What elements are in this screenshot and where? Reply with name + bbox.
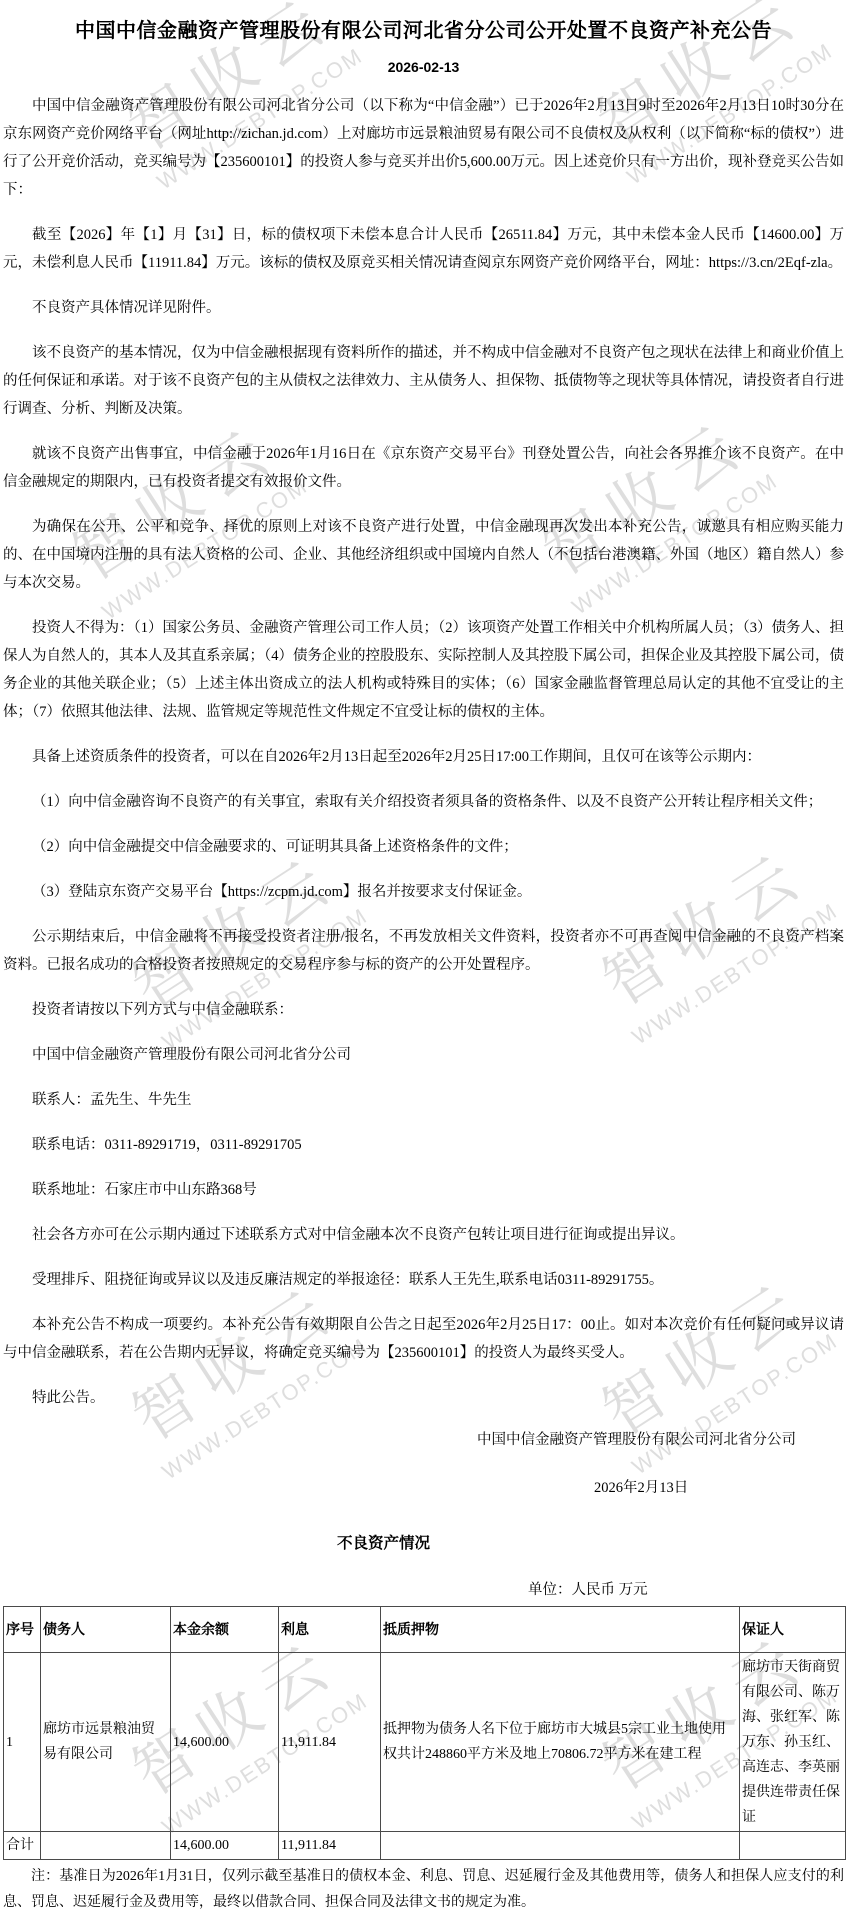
paragraph-step-2: （2）向中信金融提交中信金融要求的、可证明其具备上述资格条件的文件；	[3, 833, 844, 861]
cell-debtor: 廊坊市远景粮油贸易有限公司	[41, 1653, 171, 1832]
contact-address: 联系地址：石家庄市中山东路368号	[3, 1176, 844, 1204]
header-debtor: 债务人	[41, 1607, 171, 1653]
paragraph-auction-result: 中国中信金融资产管理股份有限公司河北省分公司（以下称为“中信金融”）已于2026…	[3, 92, 844, 204]
paragraph-step-3: （3）登陆京东资产交易平台【https://zcpm.jd.com】报名并按要求…	[3, 878, 844, 906]
cell-guarantor: 廊坊市天街商贸有限公司、陈万海、张红军、陈万东、孙玉红、高连志、李英丽提供连带责…	[740, 1653, 846, 1832]
document-body: 中国中信金融资产管理股份有限公司河北省分公司公开处置不良资产补充公告 2026-…	[0, 14, 847, 1914]
paragraph-step-1: （1）向中信金融咨询不良资产的有关事宜，索取有关介绍投资者须具备的资格条件、以及…	[3, 788, 844, 816]
cell-serial-no: 1	[4, 1653, 41, 1832]
header-interest: 利息	[279, 1607, 381, 1653]
header-collateral: 抵质押物	[381, 1607, 740, 1653]
signature-company: 中国中信金融资产管理股份有限公司河北省分公司	[3, 1426, 844, 1454]
paragraph-disclaimer: 该不良资产的基本情况，仅为中信金融根据现有资料所作的描述，并不构成中信金融对不良…	[3, 339, 844, 423]
paragraph-objection: 社会各方亦可在公示期内通过下述联系方式对中信金融本次不良资产包转让项目进行征询或…	[3, 1221, 844, 1249]
publish-date: 2026-02-13	[3, 59, 844, 75]
table-header-row: 序号 债务人 本金余额 利息 抵质押物 保证人	[4, 1607, 846, 1653]
paragraph-qualification-period: 具备上述资质条件的投资者，可以在自2026年2月13日起至2026年2月25日1…	[3, 743, 844, 771]
signature-date: 2026年2月13日	[3, 1474, 844, 1502]
paragraph-invitation: 为确保在公开、公平和竞争、择优的原则上对该不良资产进行处置，中信金融现再次发出本…	[3, 513, 844, 597]
page-title: 中国中信金融资产管理股份有限公司河北省分公司公开处置不良资产补充公告	[3, 14, 844, 43]
cell-total-interest: 11,911.84	[279, 1832, 381, 1860]
cell-total-debtor	[41, 1832, 171, 1860]
cell-total-principal: 14,600.00	[171, 1832, 279, 1860]
paragraph-report-channel: 受理排斥、阻挠征询或异议以及违反廉洁规定的举报途径：联系人王先生,联系电话031…	[3, 1266, 844, 1294]
paragraph-period-end: 公示期结束后，中信金融将不再接受投资者注册/报名，不再发放相关文件资料，投资者亦…	[3, 923, 844, 979]
contact-phone: 联系电话：0311-89291719，0311-89291705	[3, 1131, 844, 1159]
unit-label: 单位：人民币 万元	[3, 1580, 844, 1600]
paragraph-prior-notice: 就该不良资产出售事宜，中信金融于2026年1月16日在《京东资产交易平台》刊登处…	[3, 440, 844, 496]
cell-total-guarantor	[740, 1832, 846, 1860]
paragraph-ineligible-investors: 投资人不得为：（1）国家公务员、金融资产管理公司工作人员；（2）该项资产处置工作…	[3, 614, 844, 726]
cell-total-label: 合计	[4, 1832, 41, 1860]
cell-interest: 11,911.84	[279, 1653, 381, 1832]
paragraph-closing: 特此公告。	[3, 1384, 844, 1412]
header-principal-balance: 本金余额	[171, 1607, 279, 1653]
announcement-page: 智收云WWW.DEBTOP.COM 智收云WWW.DEBTOP.COM 智收云W…	[0, 0, 847, 1914]
header-serial-no: 序号	[4, 1607, 41, 1653]
cell-total-collateral	[381, 1832, 740, 1860]
table-row: 1 廊坊市远景粮油贸易有限公司 14,600.00 11,911.84 抵押物为…	[4, 1653, 846, 1832]
paragraph-attachment-ref: 不良资产具体情况详见附件。	[3, 294, 844, 322]
paragraph-validity: 本补充公告不构成一项要约。本补充公告有效期限自公告之日起至2026年2月25日1…	[3, 1311, 844, 1367]
contact-company: 中国中信金融资产管理股份有限公司河北省分公司	[3, 1041, 844, 1069]
paragraph-contact-intro: 投资者请按以下列方式与中信金融联系：	[3, 996, 844, 1024]
assets-table: 序号 债务人 本金余额 利息 抵质押物 保证人 1 廊坊市远景粮油贸易有限公司 …	[3, 1606, 846, 1860]
table-total-row: 合计 14,600.00 11,911.84	[4, 1832, 846, 1860]
table-note: 注：基准日为2026年1月31日，仅列示截至基准日的债权本金、利息、罚息、迟延履…	[3, 1864, 844, 1914]
header-guarantor: 保证人	[740, 1607, 846, 1653]
cell-collateral: 抵押物为债务人名下位于廊坊市大城县5宗工业土地使用权共计248860平方米及地上…	[381, 1653, 740, 1832]
cell-principal-balance: 14,600.00	[171, 1653, 279, 1832]
paragraph-debt-amounts: 截至【2026】年【1】月【31】日，标的债权项下未偿本息合计人民币【26511…	[3, 221, 844, 277]
contact-person: 联系人：孟先生、牛先生	[3, 1086, 844, 1114]
attachment-title: 不良资产情况	[0, 1530, 804, 1558]
